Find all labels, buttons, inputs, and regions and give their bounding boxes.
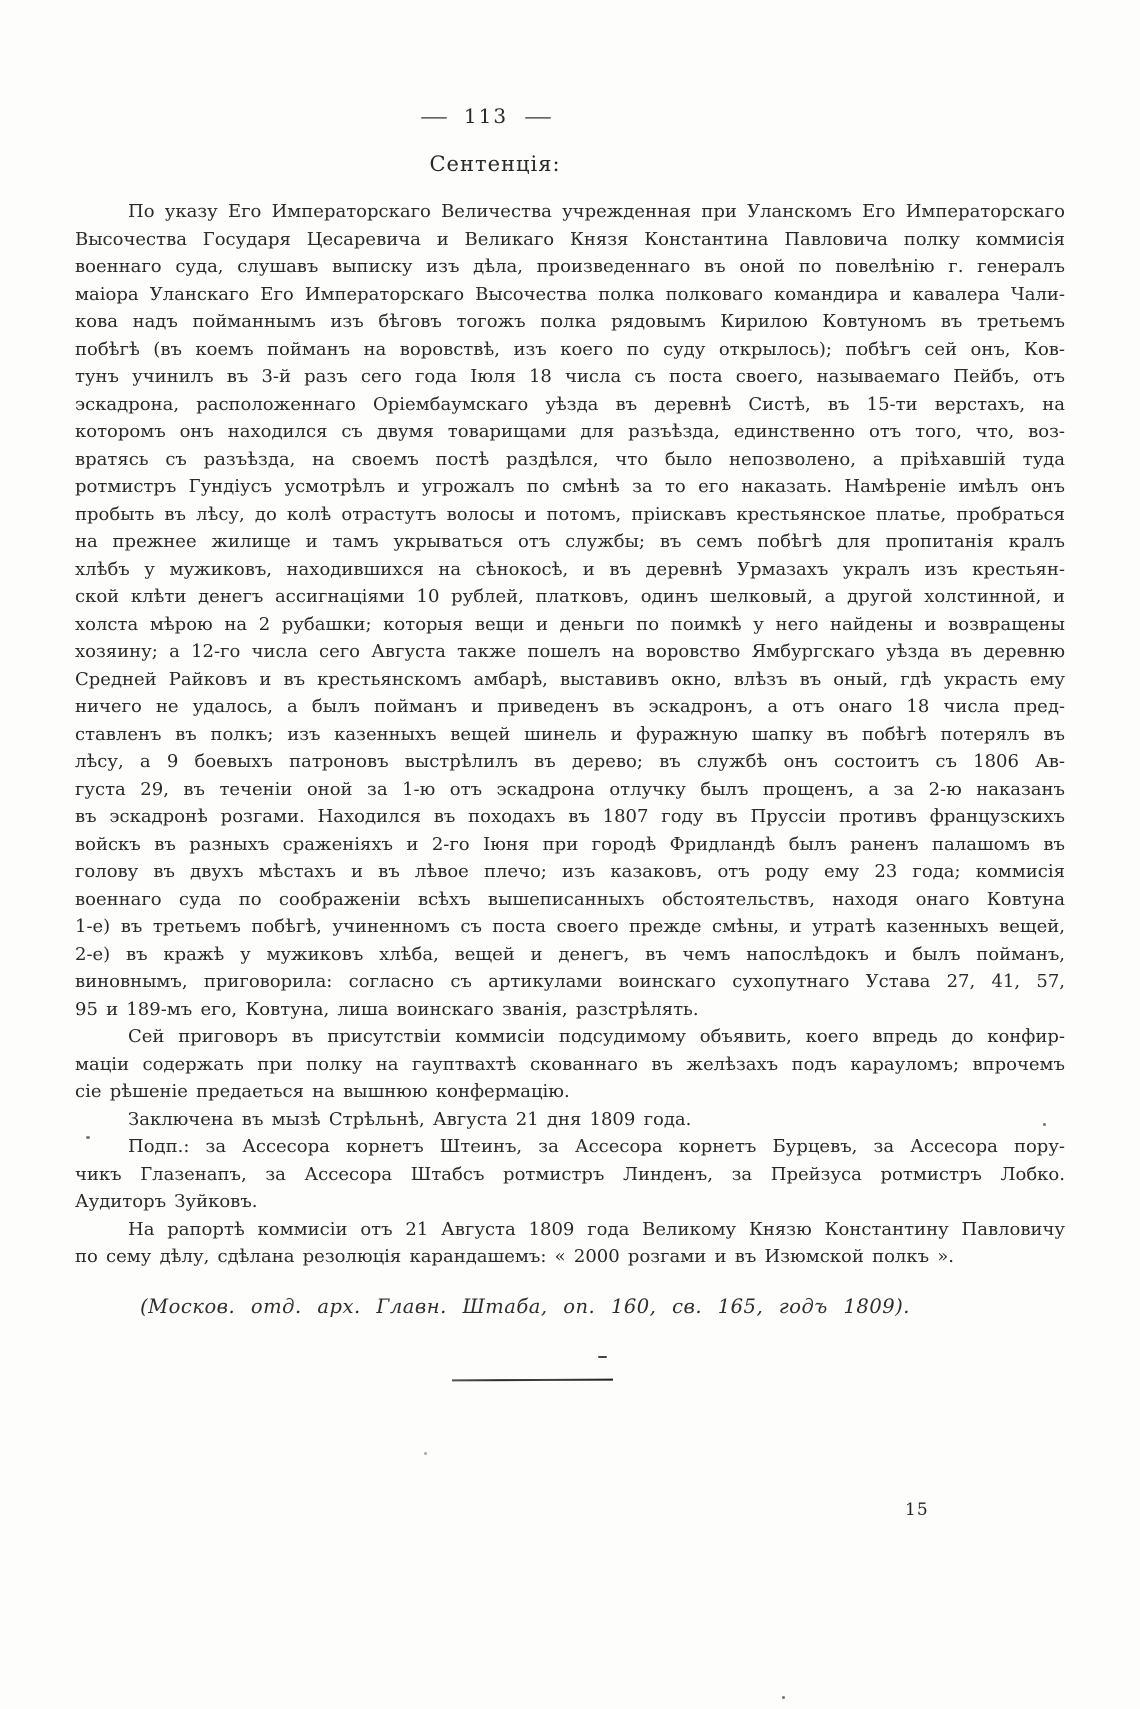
page-number-header: — 113 — bbox=[0, 104, 972, 128]
text-line: лѣсу, а 9 боевыхъ патроновъ выстрѣлилъ в… bbox=[75, 748, 1065, 776]
text-line: ротмистръ Гундіусъ усмотрѣлъ и угрожалъ … bbox=[75, 473, 1065, 501]
text-line: Аудиторъ Зуйковъ. bbox=[75, 1188, 1065, 1216]
text-line: на прежнее жилище и тамъ укрываться отъ … bbox=[75, 528, 1065, 556]
page-title: Сентенція: bbox=[0, 152, 990, 176]
text-line: ской клѣти денегъ ассигнаціями 10 рублей… bbox=[75, 583, 1065, 611]
text-line: Заключена въ мызѣ Стрѣльнѣ, Августа 21 д… bbox=[75, 1106, 1065, 1134]
text-line: Средней Райковъ и въ крестьянскомъ амбар… bbox=[75, 666, 1065, 694]
paragraph: Сей приговоръ въ присутствіи коммисіи по… bbox=[75, 1023, 1065, 1106]
page-number: 113 bbox=[464, 104, 508, 128]
text-line: 95 и 189-мъ его, Ковтуна, лиша воинскаго… bbox=[75, 996, 1065, 1024]
text-line: хозяину; а 12-го числа сего Августа такж… bbox=[75, 638, 1065, 666]
scan-speck bbox=[424, 1452, 427, 1455]
text-line: виновнымъ, приговорила: согласно съ арти… bbox=[75, 968, 1065, 996]
text-line: 2-е) въ кражѣ у мужиковъ хлѣба, вещей и … bbox=[75, 941, 1065, 969]
text-line: густа 29, въ теченіи оной за 1-ю отъ эск… bbox=[75, 776, 1065, 804]
text-line: По указу Его Императорскаго Величества у… bbox=[75, 198, 1065, 226]
text-line: На рапортѣ коммисіи отъ 21 Августа 1809 … bbox=[75, 1216, 1065, 1244]
scan-speck bbox=[782, 1696, 785, 1699]
end-rule bbox=[452, 1379, 613, 1382]
text-line: военнаго суда, слушавъ выписку изъ дѣла,… bbox=[75, 253, 1065, 281]
text-line: Подп.: за Ассесора корнетъ Штеинъ, за Ас… bbox=[75, 1133, 1065, 1161]
text-line: маціи содержать при полку на гауптвахтѣ … bbox=[75, 1051, 1065, 1079]
text-line: 1-е) въ третьемъ побѣгѣ, учиненномъ съ п… bbox=[75, 913, 1065, 941]
text-line: ничего не удалось, а былъ пойманъ и прив… bbox=[75, 693, 1065, 721]
text-line: тунъ учинилъ въ 3-й разъ сего года Іюля … bbox=[75, 363, 1065, 391]
text-line: холста мѣрою на 2 рубашки; которыя вещи … bbox=[75, 611, 1065, 639]
scan-speck bbox=[598, 1356, 607, 1358]
text-line: Высочества Государя Цесаревича и Великаг… bbox=[75, 226, 1065, 254]
text-line: эскадрона, расположеннаго Оріембаумскаго… bbox=[75, 391, 1065, 419]
text-line: которомъ онъ находился съ двумя товарища… bbox=[75, 418, 1065, 446]
text-line: вратясь съ разъѣзда, на своемъ постѣ раз… bbox=[75, 446, 1065, 474]
text-line: въ эскадронѣ розгами. Находился въ поход… bbox=[75, 803, 1065, 831]
text-line: сіе рѣшеніе предаеться на вышнюю конферм… bbox=[75, 1078, 1065, 1106]
text-line: хлѣбъ у мужиковъ, находившихся на сѣноко… bbox=[75, 556, 1065, 584]
scan-speck bbox=[1043, 1123, 1046, 1126]
text-line: чикъ Глазенапъ, за Ассесора Штабсъ ротми… bbox=[75, 1161, 1065, 1189]
scan-speck bbox=[86, 1136, 90, 1139]
document-page: — 113 — Сентенція: По указу Его Императо… bbox=[0, 0, 1140, 1709]
header-dash-left: — bbox=[420, 104, 448, 128]
paragraph: Заключена въ мызѣ Стрѣльнѣ, Августа 21 д… bbox=[75, 1106, 1065, 1134]
text-line: ставленъ въ полкъ; изъ казенныхъ вещей ш… bbox=[75, 721, 1065, 749]
paragraph: На рапортѣ коммисіи отъ 21 Августа 1809 … bbox=[75, 1216, 1065, 1271]
text-line: войскъ въ разныхъ сраженіяхъ и 2-го Іюня… bbox=[75, 831, 1065, 859]
text-line: маіора Уланскаго Его Императорскаго Высо… bbox=[75, 281, 1065, 309]
text-line: Сей приговоръ въ присутствіи коммисіи по… bbox=[75, 1023, 1065, 1051]
archive-citation: (Москов. отд. арх. Главн. Штаба, оп. 160… bbox=[0, 1295, 1050, 1318]
sheet-number: 15 bbox=[905, 1500, 929, 1520]
paragraph: Подп.: за Ассесора корнетъ Штеинъ, за Ас… bbox=[75, 1133, 1065, 1216]
text-line: пробыть въ лѣсу, до колѣ отрастутъ волос… bbox=[75, 501, 1065, 529]
text-line: по сему дѣлу, сдѣлана резолюція карандаш… bbox=[75, 1243, 1065, 1271]
header-dash-right: — bbox=[524, 104, 552, 128]
paragraph: По указу Его Императорскаго Величества у… bbox=[75, 198, 1065, 1023]
text-line: голову въ двухъ мѣстахъ и въ лѣвое плечо… bbox=[75, 858, 1065, 886]
text-line: побѣгѣ (въ коемъ пойманъ на воровствѣ, и… bbox=[75, 336, 1065, 364]
text-line: кова надъ пойманнымъ изъ бѣговъ тогожъ п… bbox=[75, 308, 1065, 336]
text-line: военнаго суда по соображеніи всѣхъ вышеп… bbox=[75, 886, 1065, 914]
document-body: По указу Его Императорскаго Величества у… bbox=[75, 198, 1065, 1271]
